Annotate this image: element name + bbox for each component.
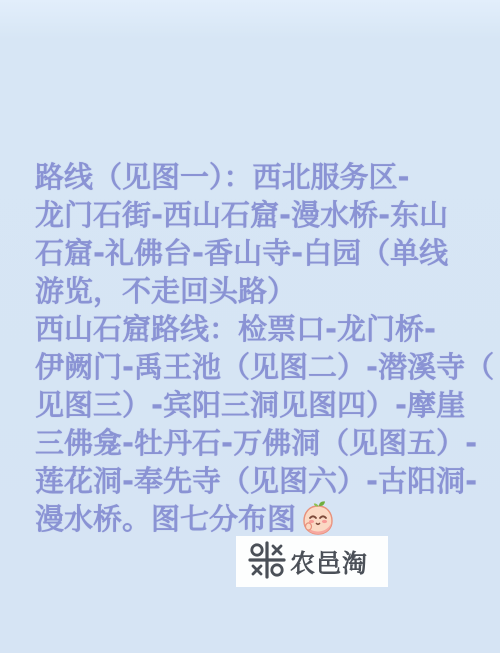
- route-description: 路线（见图一）：西北服务区- 龙门石街-西山石窟-漫水桥-东山 石窟-礼佛台-香…: [35, 158, 485, 538]
- post-image: 路线（见图一）：西北服务区- 龙门石街-西山石窟-漫水桥-东山 石窟-礼佛台-香…: [0, 0, 500, 653]
- route-line: 伊阙门-禹王池（见图二）-潜溪寺（: [35, 348, 485, 386]
- route-line: 西山石窟路线：检票口-龙门桥-: [35, 310, 485, 348]
- route-line: 龙门石街-西山石窟-漫水桥-东山: [35, 196, 485, 234]
- watermark: 农邑淘: [236, 536, 388, 587]
- route-line: 见图三）-宾阳三洞见图四）-摩崖: [35, 386, 485, 424]
- route-line: 漫水桥。图七分布图: [35, 500, 485, 538]
- watermark-brand-text: 农邑淘: [290, 544, 368, 580]
- route-line: 石窟-礼佛台-香山寺-白园（单线: [35, 234, 485, 272]
- route-line: 莲花洞-奉先寺（见图六）-古阳洞-: [35, 462, 485, 500]
- oxxo-grid-icon: [247, 540, 287, 584]
- route-line: 三佛龛-牡丹石-万佛洞（见图五）-: [35, 424, 485, 462]
- route-line-text: 漫水桥。图七分布图: [35, 502, 296, 536]
- route-line: 游览，不走回头路）: [35, 272, 485, 310]
- route-line: 路线（见图一）：西北服务区-: [35, 158, 485, 196]
